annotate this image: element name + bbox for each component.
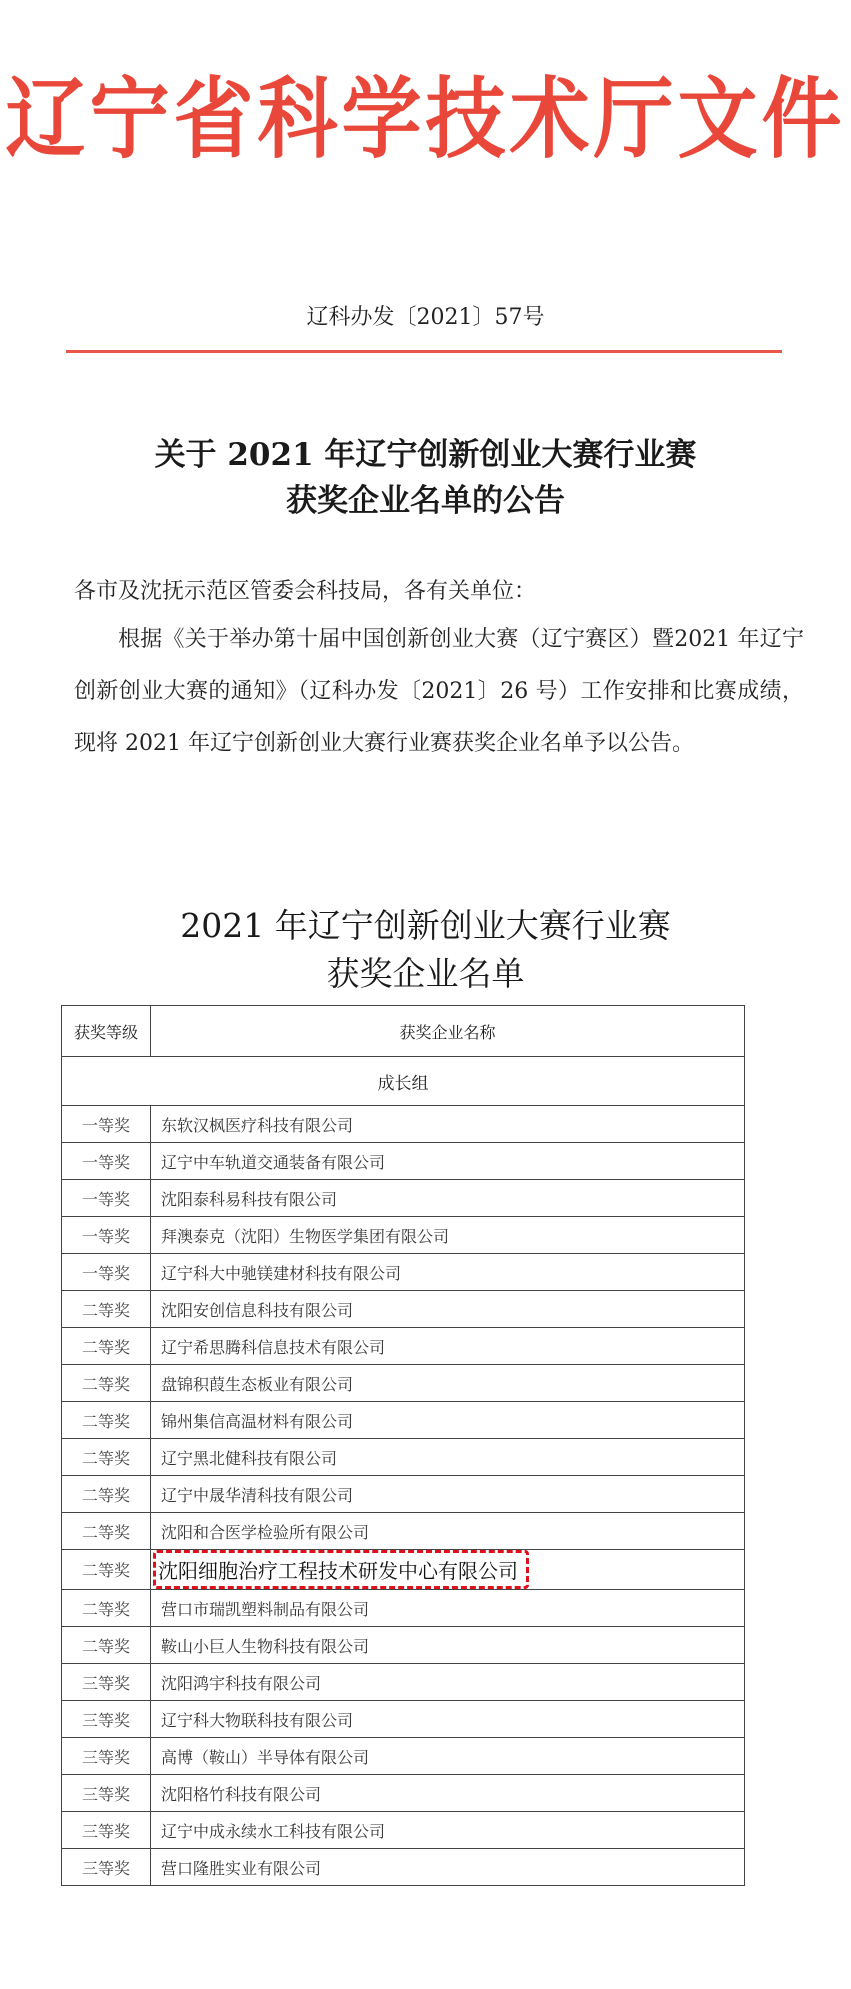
group-row: 成长组: [62, 1057, 745, 1106]
award-level: 二等奖: [62, 1550, 151, 1590]
company-name: 辽宁黑北健科技有限公司: [161, 1449, 337, 1468]
table-row: 二等奖鞍山小巨人生物科技有限公司: [62, 1627, 745, 1664]
company-name: 沈阳安创信息科技有限公司: [161, 1301, 353, 1320]
body-paragraph: 根据《关于举办第十届中国创新创业大赛（辽宁赛区）暨2021 年辽宁创新创业大赛的…: [74, 614, 804, 770]
header-level: 获奖等级: [62, 1006, 151, 1057]
company-name-cell: 盘锦积葭生态板业有限公司: [151, 1365, 745, 1402]
document-number: 辽科办发〔2021〕57号: [0, 300, 851, 331]
award-level: 二等奖: [62, 1328, 151, 1365]
company-name-cell: 辽宁黑北健科技有限公司: [151, 1439, 745, 1476]
award-level: 二等奖: [62, 1291, 151, 1328]
company-name: 东软汉枫医疗科技有限公司: [161, 1116, 353, 1135]
title-line-1: 关于 2021 年辽宁创新创业大赛行业赛: [0, 432, 851, 478]
company-name: 沈阳格竹科技有限公司: [161, 1785, 321, 1804]
company-name: 沈阳和合医学检验所有限公司: [161, 1523, 369, 1542]
company-name-cell: 沈阳泰科易科技有限公司: [151, 1180, 745, 1217]
company-name-cell: 辽宁中成永续水工科技有限公司: [151, 1812, 745, 1849]
award-level: 三等奖: [62, 1738, 151, 1775]
table-row: 二等奖辽宁希思腾科信息技术有限公司: [62, 1328, 745, 1365]
list-title-line-2: 获奖企业名单: [0, 950, 851, 998]
table-row: 三等奖沈阳格竹科技有限公司: [62, 1775, 745, 1812]
company-name-cell: 鞍山小巨人生物科技有限公司: [151, 1627, 745, 1664]
company-name-cell: 沈阳安创信息科技有限公司: [151, 1291, 745, 1328]
award-level: 三等奖: [62, 1812, 151, 1849]
company-name-cell: 营口市瑞凯塑料制品有限公司: [151, 1590, 745, 1627]
award-level: 三等奖: [62, 1849, 151, 1886]
red-divider-line: [66, 350, 782, 353]
company-name: 营口市瑞凯塑料制品有限公司: [161, 1600, 369, 1619]
salutation: 各市及沈抚示范区管委会科技局，各有关单位：: [74, 566, 804, 618]
company-name: 鞍山小巨人生物科技有限公司: [161, 1637, 369, 1656]
company-name: 沈阳鸿宇科技有限公司: [161, 1674, 321, 1693]
table-row: 二等奖盘锦积葭生态板业有限公司: [62, 1365, 745, 1402]
company-name: 沈阳泰科易科技有限公司: [161, 1190, 337, 1209]
awards-table: 获奖等级 获奖企业名称 成长组 一等奖东软汉枫医疗科技有限公司一等奖辽宁中车轨道…: [61, 1005, 745, 1886]
company-name: 辽宁科大中驰镁建材科技有限公司: [161, 1264, 401, 1283]
group-label: 成长组: [62, 1057, 745, 1106]
table-row: 一等奖辽宁科大中驰镁建材科技有限公司: [62, 1254, 745, 1291]
company-name-cell: 营口隆胜实业有限公司: [151, 1849, 745, 1886]
award-level: 二等奖: [62, 1365, 151, 1402]
header-company-name: 获奖企业名称: [151, 1006, 745, 1057]
table-row: 三等奖营口隆胜实业有限公司: [62, 1849, 745, 1886]
highlighted-company-name: 沈阳细胞治疗工程技术研发中心有限公司: [153, 1550, 529, 1589]
company-name: 辽宁中车轨道交通装备有限公司: [161, 1153, 385, 1172]
document-masthead: 辽宁省科学技术厅文件: [0, 65, 851, 175]
company-name-cell: 辽宁希思腾科信息技术有限公司: [151, 1328, 745, 1365]
table-row: 二等奖沈阳和合医学检验所有限公司: [62, 1513, 745, 1550]
company-name-cell: 沈阳和合医学检验所有限公司: [151, 1513, 745, 1550]
company-name: 盘锦积葭生态板业有限公司: [161, 1375, 353, 1394]
company-name-cell: 沈阳鸿宇科技有限公司: [151, 1664, 745, 1701]
table-row: 三等奖沈阳鸿宇科技有限公司: [62, 1664, 745, 1701]
company-name: 辽宁希思腾科信息技术有限公司: [161, 1338, 385, 1357]
company-name-cell: 沈阳细胞治疗工程技术研发中心有限公司: [151, 1550, 745, 1590]
list-title: 2021 年辽宁创新创业大赛行业赛 获奖企业名单: [0, 902, 851, 998]
table-row: 三等奖辽宁科大物联科技有限公司: [62, 1701, 745, 1738]
table-row: 一等奖东软汉枫医疗科技有限公司: [62, 1106, 745, 1143]
table-row: 一等奖辽宁中车轨道交通装备有限公司: [62, 1143, 745, 1180]
table-header-row: 获奖等级 获奖企业名称: [62, 1006, 745, 1057]
company-name: 辽宁中成永续水工科技有限公司: [161, 1822, 385, 1841]
award-level: 二等奖: [62, 1439, 151, 1476]
announcement-title: 关于 2021 年辽宁创新创业大赛行业赛 获奖企业名单的公告: [0, 432, 851, 524]
award-level: 三等奖: [62, 1775, 151, 1812]
award-level: 一等奖: [62, 1143, 151, 1180]
company-name: 高博（鞍山）半导体有限公司: [161, 1748, 369, 1767]
list-title-line-1: 2021 年辽宁创新创业大赛行业赛: [0, 902, 851, 950]
award-level: 二等奖: [62, 1627, 151, 1664]
award-level: 一等奖: [62, 1217, 151, 1254]
table-row: 二等奖沈阳细胞治疗工程技术研发中心有限公司: [62, 1550, 745, 1590]
table-row: 二等奖辽宁中晟华清科技有限公司: [62, 1476, 745, 1513]
table-row: 二等奖辽宁黑北健科技有限公司: [62, 1439, 745, 1476]
title-line-2: 获奖企业名单的公告: [0, 478, 851, 524]
table-row: 二等奖营口市瑞凯塑料制品有限公司: [62, 1590, 745, 1627]
award-level: 一等奖: [62, 1180, 151, 1217]
company-name-cell: 辽宁中晟华清科技有限公司: [151, 1476, 745, 1513]
company-name: 营口隆胜实业有限公司: [161, 1859, 321, 1878]
company-name-cell: 辽宁科大中驰镁建材科技有限公司: [151, 1254, 745, 1291]
company-name-cell: 锦州集信高温材料有限公司: [151, 1402, 745, 1439]
table-row: 三等奖高博（鞍山）半导体有限公司: [62, 1738, 745, 1775]
table-row: 二等奖锦州集信高温材料有限公司: [62, 1402, 745, 1439]
award-level: 二等奖: [62, 1476, 151, 1513]
award-level: 二等奖: [62, 1402, 151, 1439]
award-level: 三等奖: [62, 1701, 151, 1738]
company-name: 辽宁中晟华清科技有限公司: [161, 1486, 353, 1505]
company-name-cell: 东软汉枫医疗科技有限公司: [151, 1106, 745, 1143]
company-name-cell: 高博（鞍山）半导体有限公司: [151, 1738, 745, 1775]
company-name: 辽宁科大物联科技有限公司: [161, 1711, 353, 1730]
table-row: 一等奖拜澳泰克（沈阳）生物医学集团有限公司: [62, 1217, 745, 1254]
company-name: 锦州集信高温材料有限公司: [161, 1412, 353, 1431]
award-level: 三等奖: [62, 1664, 151, 1701]
company-name: 拜澳泰克（沈阳）生物医学集团有限公司: [161, 1227, 449, 1246]
table-row: 一等奖沈阳泰科易科技有限公司: [62, 1180, 745, 1217]
company-name-cell: 沈阳格竹科技有限公司: [151, 1775, 745, 1812]
table-row: 二等奖沈阳安创信息科技有限公司: [62, 1291, 745, 1328]
company-name-cell: 拜澳泰克（沈阳）生物医学集团有限公司: [151, 1217, 745, 1254]
company-name-cell: 辽宁中车轨道交通装备有限公司: [151, 1143, 745, 1180]
award-level: 一等奖: [62, 1254, 151, 1291]
company-name-cell: 辽宁科大物联科技有限公司: [151, 1701, 745, 1738]
award-level: 二等奖: [62, 1590, 151, 1627]
award-level: 二等奖: [62, 1513, 151, 1550]
award-level: 一等奖: [62, 1106, 151, 1143]
table-row: 三等奖辽宁中成永续水工科技有限公司: [62, 1812, 745, 1849]
